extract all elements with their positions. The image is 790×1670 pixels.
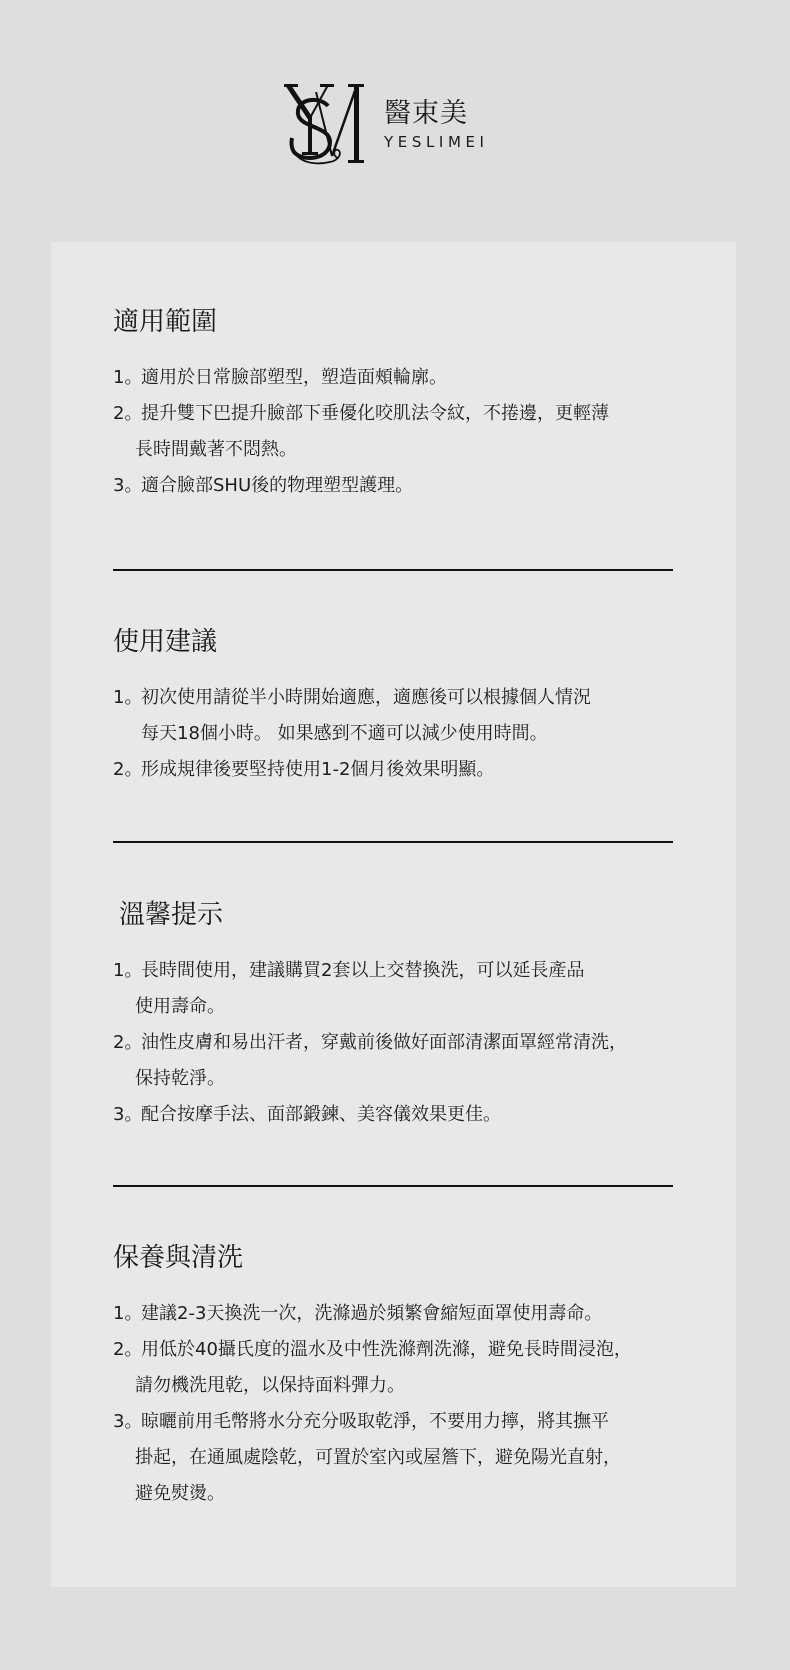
list-item-continuation: 長時間戴著不悶熱。 bbox=[113, 432, 673, 468]
list-item: 1。適用於日常臉部塑型，塑造面頰輪廓。 bbox=[113, 360, 673, 396]
list-item-continuation: 避免熨燙。 bbox=[113, 1476, 673, 1512]
brand-name-english: YESLIMEI bbox=[384, 133, 489, 151]
product-info-card: 適用範圍 1。適用於日常臉部塑型，塑造面頰輪廓。 2。提升雙下巴提升臉部下垂優化… bbox=[51, 242, 736, 1587]
section-title: 適用範圍 bbox=[113, 306, 673, 338]
section-divider bbox=[113, 1185, 673, 1187]
list-item-continuation: 每天18個小時。 如果感到不適可以減少使用時間。 bbox=[113, 716, 673, 752]
item-list: 1。建議2-3天換洗一次，洗滌過於頻繁會縮短面罩使用壽命。 2。用低於40攝氏度… bbox=[113, 1296, 673, 1512]
brand-logo: 醫束美 YESLIMEI bbox=[284, 82, 489, 166]
list-item: 2。形成規律後要堅持使用1-2個月後效果明顯。 bbox=[113, 752, 673, 788]
list-item-continuation: 使用壽命。 bbox=[113, 989, 679, 1025]
section-scope-of-use: 適用範圍 1。適用於日常臉部塑型，塑造面頰輪廓。 2。提升雙下巴提升臉部下垂優化… bbox=[113, 306, 673, 504]
section-title: 保養與清洗 bbox=[113, 1242, 673, 1274]
item-list: 1。適用於日常臉部塑型，塑造面頰輪廓。 2。提升雙下巴提升臉部下垂優化咬肌法令紋… bbox=[113, 360, 673, 504]
list-item: 3。晾曬前用毛幣將水分充分吸取乾淨，不要用力擰，將其撫平 bbox=[113, 1404, 673, 1440]
brand-header: 醫束美 YESLIMEI bbox=[0, 0, 790, 242]
section-divider bbox=[113, 569, 673, 571]
section-divider bbox=[113, 841, 673, 843]
ysm-monogram-icon bbox=[284, 82, 364, 166]
list-item: 1。長時間使用，建議購買2套以上交替換洗，可以延長產品 bbox=[113, 953, 679, 989]
brand-name-chinese: 醫束美 bbox=[384, 99, 489, 129]
list-item: 3。配合按摩手法、面部鍛鍊、美容儀效果更佳。 bbox=[113, 1097, 679, 1133]
list-item-continuation: 請勿機洗甩乾，以保持面料彈力。 bbox=[113, 1368, 673, 1404]
section-title: 溫馨提示 bbox=[119, 899, 679, 931]
brand-wordmark: 醫束美 YESLIMEI bbox=[384, 99, 489, 151]
list-item: 2。用低於40攝氏度的溫水及中性洗滌劑洗滌，避免長時間浸泡， bbox=[113, 1332, 673, 1368]
section-care-and-cleaning: 保養與清洗 1。建議2-3天換洗一次，洗滌過於頻繁會縮短面罩使用壽命。 2。用低… bbox=[113, 1242, 673, 1512]
section-friendly-tips: 溫馨提示 1。長時間使用，建議購買2套以上交替換洗，可以延長產品 使用壽命。 2… bbox=[119, 899, 679, 1133]
list-item: 2。提升雙下巴提升臉部下垂優化咬肌法令紋，不捲邊，更輕薄 bbox=[113, 396, 673, 432]
list-item-continuation: 掛起，在通風處陰乾，可置於室內或屋簷下，避免陽光直射， bbox=[113, 1440, 673, 1476]
section-title: 使用建議 bbox=[113, 626, 673, 658]
section-usage-advice: 使用建議 1。初次使用請從半小時開始適應，適應後可以根據個人情況 每天18個小時… bbox=[113, 626, 673, 788]
item-list: 1。初次使用請從半小時開始適應，適應後可以根據個人情況 每天18個小時。 如果感… bbox=[113, 680, 673, 788]
list-item: 1。建議2-3天換洗一次，洗滌過於頻繁會縮短面罩使用壽命。 bbox=[113, 1296, 673, 1332]
list-item: 2。油性皮膚和易出汗者，穿戴前後做好面部清潔面罩經常清洗， bbox=[113, 1025, 679, 1061]
list-item-continuation: 保持乾淨。 bbox=[113, 1061, 679, 1097]
list-item: 1。初次使用請從半小時開始適應，適應後可以根據個人情況 bbox=[113, 680, 673, 716]
item-list: 1。長時間使用，建議購買2套以上交替換洗，可以延長產品 使用壽命。 2。油性皮膚… bbox=[113, 953, 679, 1133]
list-item: 3。適合臉部SHU後的物理塑型護理。 bbox=[113, 468, 673, 504]
